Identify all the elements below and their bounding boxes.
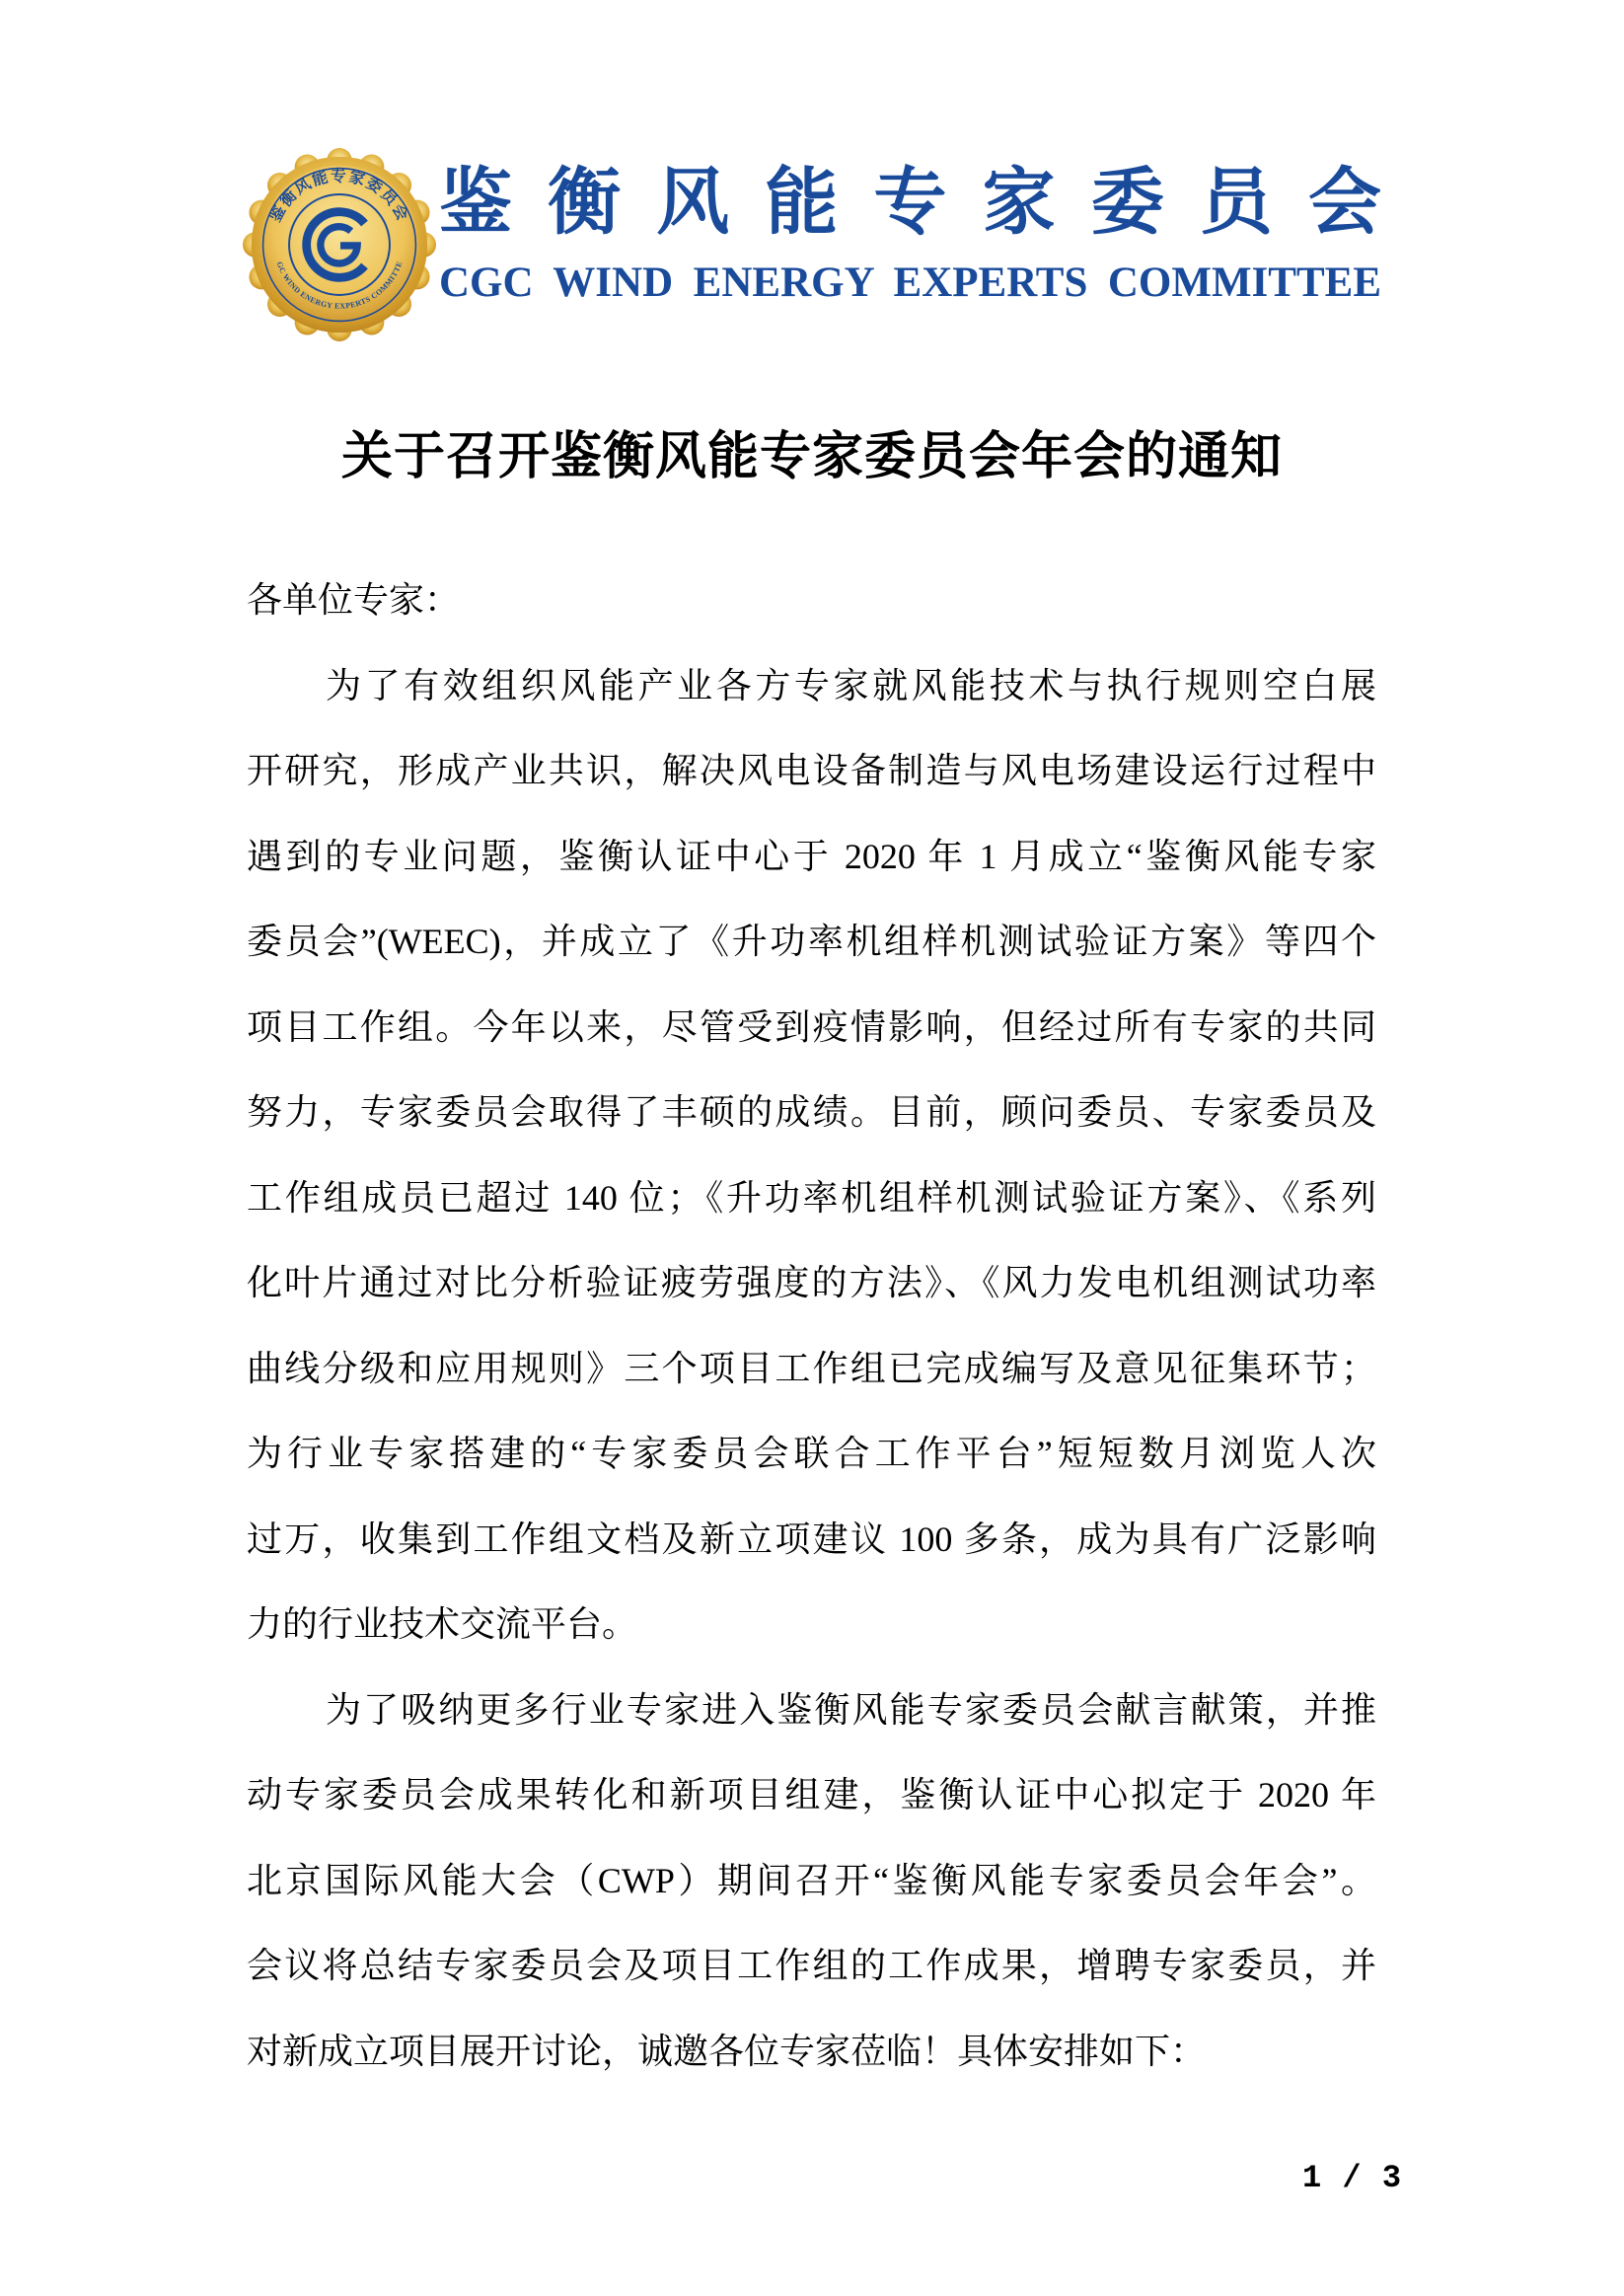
body-line: 为了有效组织风能产业各方专家就风能技术与执行规则空白展 xyxy=(247,643,1376,729)
body-line: 工作组成员已超过 140 位；《升功率机组样机测试验证方案》、《系列 xyxy=(247,1155,1376,1241)
body-line: 遇到的专业问题，鉴衡认证中心于 2020 年 1 月成立“鉴衡风能专家 xyxy=(247,814,1376,900)
seal-graphic: 鉴衡风能专家委员会 CGC WIND ENERGY EXPERTS COMMIT… xyxy=(243,148,436,341)
body-line: 为了吸纳更多行业专家进入鉴衡风能专家委员会献言献策，并推 xyxy=(247,1667,1376,1753)
page-number: 1 / 3 xyxy=(1302,2159,1402,2198)
body-line: 力的行业技术交流平台。 xyxy=(247,1582,1376,1667)
body-line: 化叶片通过对比分析验证疲劳强度的方法》、《风力发电机组测试功率 xyxy=(247,1240,1376,1326)
org-name-block: 鉴衡风能专家委员会 CGC WIND ENERGY EXPERTS COMMIT… xyxy=(439,158,1381,308)
org-name-zh: 鉴衡风能专家委员会 xyxy=(439,158,1381,249)
document-title: 关于召开鉴衡风能专家委员会年会的通知 xyxy=(247,422,1377,491)
body-line: 委员会”(WEEC)，并成立了《升功率机组样机测试验证方案》等四个 xyxy=(247,899,1376,985)
body-line: 各单位专家： xyxy=(247,557,1376,643)
org-name-en: CGC WIND ENERGY EXPERTS COMMITTEE xyxy=(439,259,1381,308)
cgc-gold-seal-icon: 鉴衡风能专家委员会 CGC WIND ENERGY EXPERTS COMMIT… xyxy=(243,148,436,341)
document-page: 鉴衡风能专家委员会 CGC WIND ENERGY EXPERTS COMMIT… xyxy=(0,0,1624,2296)
body-line: 曲线分级和应用规则》三个项目工作组已完成编写及意见征集环节； xyxy=(247,1326,1376,1412)
body-line: 为行业专家搭建的“专家委员会联合工作平台”短短数月浏览人次 xyxy=(247,1411,1376,1497)
body-line: 努力，专家委员会取得了丰硕的成绩。目前，顾问委员、专家委员及 xyxy=(247,1070,1376,1155)
body-line: 开研究，形成产业共识，解决风电设备制造与风电场建设运行过程中 xyxy=(247,728,1376,814)
letterhead: 鉴衡风能专家委员会 CGC WIND ENERGY EXPERTS COMMIT… xyxy=(0,0,1624,355)
body-lines: 各单位专家：为了有效组织风能产业各方专家就风能技术与执行规则空白展开研究，形成产… xyxy=(247,557,1376,2094)
body-line: 北京国际风能大会（CWP）期间召开“鉴衡风能专家委员会年会”。 xyxy=(247,1838,1376,1924)
body-line: 动专家委员会成果转化和新项目组建，鉴衡认证中心拟定于 2020 年 xyxy=(247,1752,1376,1838)
body-line: 过万，收集到工作组文档及新立项建议 100 多条，成为具有广泛影响 xyxy=(247,1497,1376,1583)
body-line: 对新成立项目展开讨论，诚邀各位专家莅临！具体安排如下： xyxy=(247,2009,1376,2095)
body-line: 项目工作组。今年以来，尽管受到疫情影响，但经过所有专家的共同 xyxy=(247,985,1376,1071)
body-line: 会议将总结专家委员会及项目工作组的工作成果，增聘专家委员，并 xyxy=(247,1923,1376,2009)
